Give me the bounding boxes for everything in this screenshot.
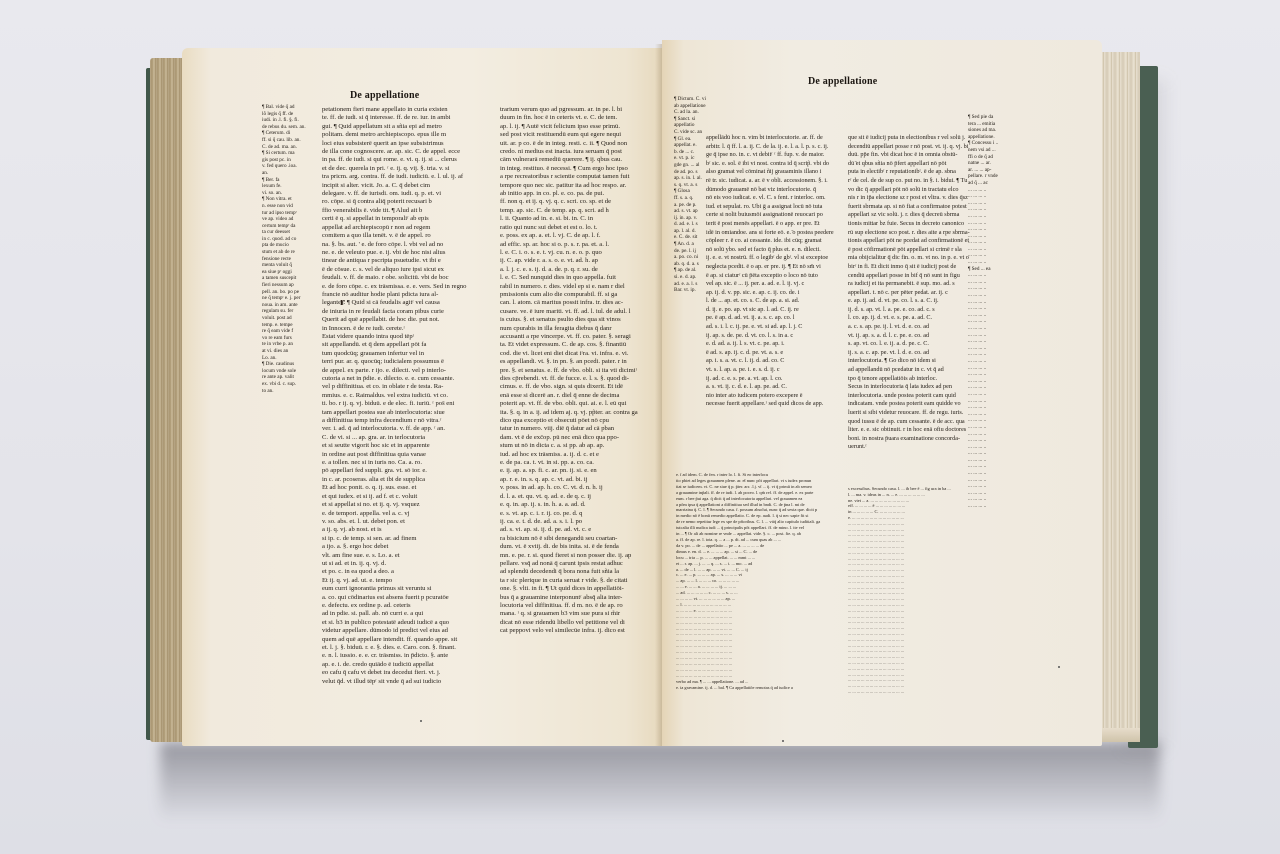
text-line: duum in fin. hoc ē in ceteris vt. e. C.… [500, 114, 666, 122]
text-line: ¶ Ceterum. di [262, 130, 318, 137]
text-line: te. ff. de iudi. si q̄ interesse. ff. de… [322, 114, 492, 122]
text-line: ff. non q. et ij. q. vj. q. c. scri. co.… [500, 198, 666, 206]
text-line: ... ... ... .. [968, 259, 1014, 266]
text-line: tum quodcūq; grauamen infertur vel in [322, 350, 492, 358]
text-line: iudi. in .l. fi. §. fi. [262, 117, 318, 124]
text-line: accusanti a rpe vincerpe. vt. ff. co. pa… [500, 333, 666, 341]
text-line: a tamen suscepit [262, 275, 318, 282]
text-line: gis post pc. in [262, 157, 318, 164]
text-line: tinear de antiqua r pscripta psuetudie. … [322, 257, 492, 265]
paper-spot [420, 720, 422, 722]
text-line: certum tempʳ da [262, 223, 318, 230]
text-line: vt. ij. ap. s. a. d. l. c. pe. e. co. ad [848, 332, 972, 341]
text-line: re q̄ eam vide f [262, 328, 318, 335]
paper-spot [782, 740, 784, 742]
text-line: mana. ʳ q. si grauamen b3 vim sue pura s… [500, 610, 666, 618]
text-line: ... ... ... .. [968, 305, 1014, 312]
marginal-gloss-right-inner: ¶ Dictum. C. videab appellatione.C. ad l… [674, 96, 706, 486]
text-line: pellare. vsq̄ ad nonā q̄ carunt ipsis r… [500, 560, 666, 568]
text-line: e. C. de. sit [674, 234, 706, 241]
text-line: ... ... ... ... ... ... ... ... ... ... … [848, 695, 972, 696]
text-line: boni. in nostra p̄uara examinatione conc… [848, 435, 972, 444]
text-line: ap. r. e. in. s. q. ap. c. vt. ad. bi. i… [500, 476, 666, 484]
text-line: vt. s. l. ap. a. pe. i. e. s. d. ij. c [706, 366, 842, 375]
text-line: ab initio app. in co. pl. e. co. pa. de … [500, 190, 666, 198]
text-line: ... ... ... .. [968, 417, 1014, 424]
text-line: mmius. e. c. Raimaldus. vel extra iudici… [322, 392, 492, 400]
text-line: Lo. an. [262, 355, 318, 362]
text-line: credo. ni medius est inacta. iura seruam… [500, 148, 666, 156]
text-line: rū sup electione sco post. r. dies aite… [848, 229, 972, 238]
text-line: Secus in interlocutoria q̄ lata iudex ad… [848, 383, 972, 392]
text-line: l. e. C. Sed nunquid dies in quo appella… [500, 274, 666, 282]
text-line: ij. e. e. vt nostrū. ff. o legibʳ de gb… [706, 254, 842, 263]
text-column-left-a: petationem fieri mane appellato in curia… [322, 106, 492, 760]
text-line: ... ... ... .. [968, 233, 1014, 240]
text-line: trarium verum quo ad pgressum. ar. in pe… [500, 106, 666, 114]
text-line: ... ... ... .. [968, 378, 1014, 385]
text-line: pre. §. et senatus. e. ff. de vbo. obli.… [500, 367, 666, 375]
text-line: appellat ad archiepiscopū r non ad rege… [322, 224, 492, 232]
text-line: ... ... ... .. [968, 226, 1014, 233]
text-line: ... ... ... .. [968, 483, 1014, 490]
text-line: ... ... ... .. [968, 358, 1014, 365]
text-line: ge q̄ ipse no. in. c. vt debitʳ ʳ ff. fu… [706, 151, 842, 160]
right-page: De appellatione ¶ Dictum. C. videab appe… [662, 40, 1102, 746]
text-line: ¶ Gl. ea. [674, 136, 706, 143]
text-line: ... ... ... .. [968, 285, 1014, 292]
text-line: pe. ē ap. d. ad. vt. ij. a. s. c. ap. c… [706, 314, 842, 323]
text-line: quod iussu ē de ap. cum cessante. ē de… [848, 418, 972, 427]
text-line: arbitr. l. q̄ ff. l. a. ij. C. de la. ij… [706, 143, 842, 152]
text-line: cusare. ve. ē iure mariti. vt. ff. ad. … [500, 308, 666, 316]
text-line: enā esse si dicerē an. r. diel q̄ enne… [500, 392, 666, 400]
text-line: si. e. d. ap. [674, 274, 706, 281]
text-line: et si seutte vigorit hoc sic et in appar… [322, 442, 492, 450]
text-line: pellare. r vnde [968, 173, 1014, 180]
text-line: a rpe recreatoribus r scientie computat … [500, 173, 666, 181]
text-line: neglecta pcedit. ē o ap. er pre. ij. ¶ … [706, 263, 842, 272]
text-line: ta r sic plerique in curia seruat r vide… [500, 577, 666, 585]
text-line: fieri nessum ap [262, 282, 318, 289]
text-line: ad in pdie. si. pall. ab. nō curri e. a… [322, 610, 492, 618]
text-line: l. de ... ap. et. co. s. C. de ap. a. si… [706, 297, 842, 306]
text-line: eo cafu q̄ cafu vt debet ira decedui fie… [322, 669, 492, 677]
text-line: te in vrbe p. an [262, 341, 318, 348]
text-line: locum vnde sole [262, 368, 318, 375]
text-line: Estat videre quando intra quod tēpʳ [322, 333, 492, 341]
text-line: d. ij. e. po. ap. vt sic ap. l. ad. C. i… [706, 306, 842, 315]
text-line: ¶ Sed pie da [968, 114, 1014, 121]
text-line: tra pricm. arg. contra. ff. de iudi. iud… [322, 173, 492, 181]
text-line: appellari sz vic solū. j. r. dies q̄ de… [848, 211, 972, 220]
text-line: ad effic. sp. ar. hoc si o. p. s. r. pa.… [500, 241, 666, 249]
text-line: ad splendū decedendi q̄ bora nona fuit … [500, 568, 666, 576]
text-line: cām vulnerarā remediū querere. ¶ ij. … [500, 156, 666, 164]
text-line: Et ij. q. vj. ad. ut. e. tempo [322, 577, 492, 585]
text-line: ¶ Glosa [674, 188, 706, 195]
text-line: vlt. am fine sue. e. s. Lo. a. et [322, 552, 492, 560]
text-line: a ij. q. vj. ab nost. et is [322, 526, 492, 534]
text-line: v. so. abs. et. l. ut. debet pon. et [322, 518, 492, 526]
text-line: ... ... ... .. [968, 292, 1014, 299]
text-line: menta voluit q̄ [262, 262, 318, 269]
text-line: ¶ Ber. fa [262, 177, 318, 184]
text-line: duū. pp̄e fin. vbi dicat hoc ē in omni… [848, 151, 972, 160]
text-line: ap. s. in. l. al. [674, 175, 706, 182]
commentary-block-right-b: s excessibus. Secundo casu. l. ... ib be… [848, 486, 972, 696]
text-line: Et ad hoc ponit. o. q. ij. sus. esse. et [322, 484, 492, 492]
text-line: ... ... ... .. [968, 272, 1014, 279]
text-line: ra b̄isicium nō ē sibi denegandū seu … [500, 535, 666, 543]
text-line: ... ... ... .. [968, 496, 1014, 503]
text-line: ē de cōsue. c. s. vel de aliquo iure i… [322, 266, 492, 274]
text-line: re ante ap. valit [262, 374, 318, 381]
text-line: ... ... ... .. [968, 345, 1014, 352]
text-line: a diffinitiua temp infra decendium r nō… [322, 417, 492, 425]
text-line: ab appellatione. [674, 103, 706, 110]
text-line: ffio venerabilis ē. vide tit. ¶ Alud ai… [322, 207, 492, 215]
text-line: ... ... ... .. [968, 246, 1014, 253]
text-line: ad. s. i. l. c. ij. pe. e. vt. si ad. ap… [706, 323, 842, 332]
text-line: temp. ap. sic. C. de temp. ap. q. scri. … [500, 207, 666, 215]
text-line: dico qua exceptio et obsecuti pōet nō … [500, 417, 666, 425]
text-line: ff. s. a. q. [674, 195, 706, 202]
text-line: ... ... ... .. [968, 431, 1014, 438]
text-line: mia obijcialitur q̄ dic fin. o. m. vt no… [848, 254, 972, 263]
text-line: et qui iudex. et si ij. ad f. et c. volu… [322, 493, 492, 501]
text-line: de appel. ex parte. r ijo. e. dilecti. v… [322, 367, 492, 375]
text-line: ij. ap. s. de. pe. d. vt. co. l. s. in a… [706, 332, 842, 341]
text-line: necesse fuerit appellare.ʳ sed quid dico… [706, 400, 842, 409]
text-line: ... ... ... .. [968, 437, 1014, 444]
text-line: francie nō auditur hodie plani pdicta i… [322, 291, 492, 299]
text-line: e. de pa. ca. t. vt. in si. pp. a. co. c… [500, 459, 666, 467]
text-line: ... ... ... .. [968, 239, 1014, 246]
text-line: appellatione. [968, 134, 1014, 141]
text-line: noua. in am. ante [262, 302, 318, 309]
text-line: e. defectu. ex ordine p. ad. ceteris [322, 602, 492, 610]
text-line: certe si nolit buiusmōi assignationē r… [706, 211, 842, 220]
text-line: nō solū ybo. sed et facto q̄ plus et. … [706, 246, 842, 255]
text-line: ad. s. vt. ap [674, 208, 706, 215]
text-line: ap. e. i. de. credo quiādo ē iudiciū … [322, 661, 492, 669]
text-line: ut si ad. et in. ij. q. vj. d. [322, 560, 492, 568]
text-line: cutoria a net in p̄die. e. dilecto. e. e… [322, 375, 492, 383]
text-line: ... ... ... .. [968, 424, 1014, 431]
text-line: tpo q̄ tenore appellatiōis ab interloc. [848, 375, 972, 384]
text-line: vo re eam furs [262, 335, 318, 342]
text-line: ... ... ... .. [968, 187, 1014, 194]
text-line: C. de vi. si ... ap. gra. ar. in terlocu… [322, 434, 492, 442]
text-line: v. poss. in ad. ap. h. co. C. vt. d. n. … [500, 484, 666, 492]
text-line: cōpleer r. ē co. ai cessante. ide. ibi… [706, 237, 842, 246]
text-line: tatur in numero. viij. diē q̄ datur ad … [500, 425, 666, 433]
text-line: mn. e. pe. r. si. quod fieret si non pos… [500, 552, 666, 560]
text-line: videtur appellare. dūmodo id predict ve… [322, 627, 492, 635]
text-line: a. co. qui cōdinarius est absens fuerit… [322, 594, 492, 602]
text-line: appellat. e. [674, 142, 706, 149]
text-line: cendiū appellari posse in bif q̄ nō su… [848, 272, 972, 281]
text-line: ij. ca. e. t. d. de. ad. a. s. i. l. po [500, 518, 666, 526]
text-line: at vi. dies an [262, 348, 318, 355]
text-line: ... ... ... .. [968, 365, 1014, 372]
text-line: ij. d. s. ap. vt. l. a. pe. e. co. ad. c… [848, 306, 972, 315]
text-line: terit ē post menēs appellari. ē o app… [706, 220, 842, 229]
text-line: in c. quod. ad co [262, 236, 318, 243]
text-line: ij. s. a. c. ap. pe. vt. l. d. e. co. ad [848, 349, 972, 358]
text-line: ad. e. a. l. s [674, 281, 706, 288]
text-line: velut q̄d. vt illud tēpʳ sit vnde q̄ ad… [322, 678, 492, 686]
text-line: ... ... ... .. [968, 220, 1014, 227]
text-line: vel ap. sic. ē ... ij. per. a. ad. e. l… [706, 280, 842, 289]
text-line: ita. §. q. in a. ij. ad idem aj. q. vj. … [500, 409, 666, 417]
text-line: ... ... ... .. [968, 332, 1014, 339]
text-line: ti. bo. r ij. q. vj. biduū. e de elec. … [322, 400, 492, 408]
text-line: s. ap. vt. co. l. e. ij. a. d. pe. c. C. [848, 340, 972, 349]
text-line: gui. ¶ Quid appellatum sit a sñia epi a… [322, 123, 492, 131]
text-line: comitem a quo illa tenēt. v. ē de appe… [322, 232, 492, 240]
text-line: voluit. post ad [262, 315, 318, 322]
text-line: nis r in ip̄a electione sz r post et vlt… [848, 194, 972, 203]
text-line: sed post vicit restituendū eum qui eger… [500, 131, 666, 139]
text-line: a. po. co. ni [674, 254, 706, 261]
text-line: petationem fieri mane appellato in curia… [322, 106, 492, 114]
text-line: appellari. t. nō c. per pēter pedat. a… [848, 289, 972, 298]
text-line: ... ... ... .. [968, 490, 1014, 497]
text-line: in ordine aut post diffinitiua quia vana… [322, 451, 492, 459]
text-line: l. e. C. i. o. s. e. t. vj. cu. n. e. o.… [500, 249, 666, 257]
text-line: et si. b3 in publico potestatē adeudi i… [322, 619, 492, 627]
text-line: ¶ Concessu i .. [968, 140, 1014, 147]
text-line: ve ap. video ad [262, 216, 318, 223]
text-line: ... ... ... .. [968, 470, 1014, 477]
text-line: ver. i. ad. q̄ ad interlocutoria. v. ff.… [322, 425, 492, 433]
text-line: a. s. vt. ij. c. d. e. l. ap. pe. ad. C. [706, 383, 842, 392]
text-line: n. esse non vid [262, 203, 318, 210]
text-line: ¶ Die. caudinus [262, 361, 318, 368]
text-line: pō appellari fed suppli. gra. vt. sō i… [322, 467, 492, 475]
text-line: legantes. ¶ Quid si cā feudalis agitʳ v… [322, 299, 492, 307]
text-line: l. co. ap. ij. d. vt. e. s. pe. a. ad. C… [848, 314, 972, 323]
text-line: pmissionis cum alio die compurabil. ff. … [500, 291, 666, 299]
text-line: ... ... ... .. [968, 206, 1014, 213]
text-line: a. pe. de p. [674, 202, 706, 209]
text-line: que sit ē iudicij puta in electionibus … [848, 134, 972, 143]
text-line: vo dic q̄ appellari pōt nō solū in tr… [848, 186, 972, 195]
text-line: temp. e. tempe [262, 322, 318, 329]
text-line: ap. i. s. a. vt. c. l. ij. d. ad. co. C [706, 357, 842, 366]
text-line: cat peppovi velo vel similecūe infra. i… [500, 627, 666, 635]
text-line: luerit si sibi videtur reuocare. ff. de … [848, 409, 972, 418]
text-line: ... ... ... .. [968, 200, 1014, 207]
text-line: ta. Et videt expressum. C. de ap. cos. §… [500, 341, 666, 349]
text-line: ap. l. ij. ¶ Autē vicit felicium ipso e… [500, 123, 666, 131]
text-line: et de dec. querela in pri. ʳ e. ij. q. v… [322, 165, 492, 173]
text-line: C. vide sc. an [674, 129, 706, 136]
text-line: ... ... ... .. [968, 384, 1014, 391]
text-line: ne q̄ tempʳ e. j. per [262, 295, 318, 302]
text-line: cod. die vi. licet eni diei dicat iʳra. … [500, 350, 666, 358]
text-line: tur ad ipso tempʳ [262, 210, 318, 217]
text-line: ... ... ... .. [968, 477, 1014, 484]
text-line: indicatam. vnde postea poterit eam quidd… [848, 400, 972, 409]
text-line: e. ij. ap. a. sp. fi. c. ar. pn. ij. si.… [500, 467, 666, 475]
text-column-left-b: trarium verum quo ad pgressum. ar. in pe… [500, 106, 666, 760]
text-line: e. poss. ex ap. a. et. l. vj. C. de ap. … [500, 232, 666, 240]
text-line: interlocutoria. ¶ Go dico nō idem si [848, 357, 972, 366]
text-line: ... ... ... .. [968, 450, 1014, 457]
text-line: bʳ sic. e. sol. ē ibi vi nost. contra i… [706, 160, 842, 169]
text-line: ... ... ... .. [968, 279, 1014, 286]
text-line: ¶ Si certum. ma [262, 150, 318, 157]
text-line: siones ad ma. [968, 127, 1014, 134]
text-line: feudali. v. ff. de maio. r obe. solicitu… [322, 274, 492, 282]
text-line: locutoria vel diffinitiua. ff. d m. no. … [500, 602, 666, 610]
text-line: et po. c. in ea quod a deo. a [322, 568, 492, 576]
text-line: ¶ Dictum. C. vide [674, 96, 706, 103]
running-head-right: De appellatione [808, 76, 877, 87]
text-line: tionis mittar bz fuie. Secus in decreto … [848, 220, 972, 229]
text-line: fuerit sbrmata ap. si nō fiat a confirm… [848, 203, 972, 212]
text-line: d. l. a. et. qu. vt. q. ad. e. de q. c. … [500, 493, 666, 501]
text-line: in Innocen. ē de re iudi. cerete.ʳ [322, 325, 492, 333]
text-line: ... ... ... .. [968, 351, 1014, 358]
text-line: ¶ Sanct. si [674, 116, 706, 123]
text-line: ta cur deesset [262, 229, 318, 236]
text-line: ij. ad. c. e. s. pe. a. vt. ap. l. co. [706, 375, 842, 384]
text-line: natne ... ar. [968, 160, 1014, 167]
text-line: ... ... ... .. [968, 312, 1014, 319]
text-line: C. de ad. ma. an. [262, 144, 318, 151]
text-line: si ip. c. de temp. si sen. ar. ad finem [322, 535, 492, 543]
text-line: tionis appellari pōt ne pcedat ad confi… [848, 237, 972, 246]
text-line: rʳ de cel. de de sup co. put no. in §. i… [848, 177, 972, 186]
text-line: is cuius. §. et senatus psulto dies qua … [500, 316, 666, 324]
text-line: a ijo. a. §. ergo hoc debet [322, 543, 492, 551]
text-line: nio inter ato iudicem potero excepere ē [706, 392, 842, 401]
text-line: dum. vt. ē xviij. di. de bis inita. si.… [500, 543, 666, 551]
text-line: ... ... ... .. [968, 391, 1014, 398]
text-line: ... ... ... .. [968, 299, 1014, 306]
text-line: ne. e. de veleuio pue. e. ij. vbi de hoc… [322, 249, 492, 257]
text-line: l. ii. Quanto ad in. e. si. bi. in. C. i… [500, 215, 666, 223]
text-line: uerunt.ʳ [848, 443, 972, 452]
text-line: dies cp̄rebendi. vt. ff. de fucce. e. l.… [500, 375, 666, 383]
text-line: an. [262, 170, 318, 177]
text-line: tam appellari postea sue ab interlocutor… [322, 409, 492, 417]
text-line: iud. ad hoc ex trāsmiss. a. ij. d. c. e… [500, 451, 666, 459]
text-line: de iniuria in re feudali facta coram pib… [322, 308, 492, 316]
text-line: ē ad. s. ap. ij. c. d. pe. vt. a. s. e [706, 349, 842, 358]
text-line: ff. si q̄ cau. lib. an. [262, 137, 318, 144]
text-line: ij. C. ap. vide r. a. s. o. e. vt. ad. h… [500, 257, 666, 265]
text-line: ... ... ... .. [968, 252, 1014, 259]
text-line: Bar. vt. ip. [674, 287, 706, 294]
text-line: appellatio [674, 122, 706, 129]
marginal-gloss-left: ¶ Bal. vide q̄ adlõ legis q̄ ff. deiudi… [262, 104, 318, 394]
text-line: fensione recte [262, 256, 318, 263]
text-line: ... ... ... .. [968, 338, 1014, 345]
text-line: v. fed quero .ioa. [262, 163, 318, 170]
text-line: ffi o de q̄ ad [968, 154, 1014, 161]
text-line: certi ē q. si appellat in temporaliʳ ab… [322, 215, 492, 223]
text-line: ... ... ... .. [968, 318, 1014, 325]
page-edges-right [1096, 52, 1140, 742]
text-line: gde gn. ... al [674, 162, 706, 169]
text-line: ad. s. vi. ap. si. ij. d. pe. ad. vt. c.… [500, 526, 666, 534]
text-line: ... ... ... .. [968, 404, 1014, 411]
text-line: de illa cone cognoscere. ar. ap. sic. C.… [322, 148, 492, 156]
text-line: de rebus du. sem. an. [262, 124, 318, 131]
text-line: ¶ Sed ... ea [968, 266, 1014, 273]
text-line: ... ... ... .. [968, 213, 1014, 220]
text-line: in integ. restituo. ē necessi. ¶ Cum er… [500, 165, 666, 173]
text-line: terri pur. ar. q. quocūq; iudicialem po… [322, 358, 492, 366]
text-line: tera ... emitia [968, 121, 1014, 128]
text-line: stum et ab de re [262, 249, 318, 256]
text-line: et si appellat si no. et ij. q. vj. vsqu… [322, 501, 492, 509]
text-line: e. q. in. ap. ij. s. in. h. a. a. ad. d. [500, 501, 666, 509]
text-line: ratio qui nunc sui debet et est o. lo. t… [500, 224, 666, 232]
text-line: d. ad. e. l. s [674, 221, 706, 228]
text-line: rabil in numero. r. dies. videl ep si e.… [500, 283, 666, 291]
text-line: bus q̄ a grauamine interponuntʳ absq̄ al… [500, 594, 666, 602]
text-line: a. l. j. c. e. s. ij. d. a. de. p. q. r.… [500, 266, 666, 274]
text-line: ea siue pʳ oggi [262, 269, 318, 276]
text-line: regulam su. fer [262, 308, 318, 315]
text-line: ra iudicij et ita permanebit. ē sup. mo… [848, 280, 972, 289]
text-line: eum curri ignorantia primus sit veruntu … [322, 585, 492, 593]
text-line: Querit ad quē appellabit. de hoc die. p… [322, 316, 492, 324]
text-line: lexum fe. [262, 183, 318, 190]
text-line: ē ap. si ciaturʳ cū p̄ēta exceptio o … [706, 272, 842, 281]
left-page: De appellatione ¶ Bal. vide q̄ adlõ leg… [182, 48, 664, 746]
text-line: poterit ap. vt. ff. de vbo. obli. qui. a… [500, 400, 666, 408]
text-line: in pa. ff. de iudi. si qui rome. e. vi. … [322, 156, 492, 164]
text-line: num cpurabis in illa feragita diebus q̄ … [500, 325, 666, 333]
text-line: sit appellandū. et q̄ dem appellari pō… [322, 341, 492, 349]
text-line: stum ut nō in dicta c. a. si pp. ab ap.… [500, 442, 666, 450]
text-line: e. ia gravamine. ij. d. ... bal. ¶ Ca ap… [676, 685, 836, 691]
text-line: idē in omiandoe. ans si forte eō. e. ̄… [706, 229, 842, 238]
text-line: ¶ ap. de al. [674, 267, 706, 274]
text-line: one. §. vlti. in fi. ¶ Ut quid dices in … [500, 585, 666, 593]
text-line: na. §. bs. aut. ' e. de foro cōpe. l. v… [322, 241, 492, 249]
text-line: e. de tempori. appella. vel a. c. vj [322, 510, 492, 518]
text-line: e. n. l. iussio. e. e. cr. trāsmiss. in… [322, 652, 492, 660]
text-line: ... ... ... .. [968, 457, 1014, 464]
text-line: dū ̄et qbus sñia nō p̄fert appellari … [848, 160, 972, 169]
text-line: ... ... ... .. [968, 325, 1014, 332]
text-line: ar. ... ... ap- [968, 167, 1014, 174]
text-line: e. d. ad. a. ij. l. s. vt. c. pe. ap. i. [706, 340, 842, 349]
text-line: appellādū hoc n. vim b̄̃t interlocutor… [706, 134, 842, 143]
text-line: ... ... ... .. [968, 503, 1014, 510]
text-line: nō eis voo iudicat. e. vl. C. s fent. r… [706, 194, 842, 203]
text-line: loci eius subsisterē querit an ipse sub… [322, 140, 492, 148]
text-line: s. q. vt. a. s [674, 182, 706, 189]
text-line: de. pe. l. ij [674, 248, 706, 255]
paper-spot [1058, 666, 1060, 668]
text-line: ad q̄ ... ac [968, 180, 1014, 187]
text-line: also gramat vel cōminat ñij̃ grauamini… [706, 168, 842, 177]
text-line: b. de ... c. [674, 149, 706, 156]
text-line: a grauamine inp̃ali. ff. de re iudi. l. … [676, 490, 836, 496]
text-line: ... ... ... .. [968, 193, 1014, 200]
text-line: ro. cōpe. si q̄ contra aliq̄ poterit re… [322, 198, 492, 206]
text-line: e. vt. p. ic [674, 155, 706, 162]
